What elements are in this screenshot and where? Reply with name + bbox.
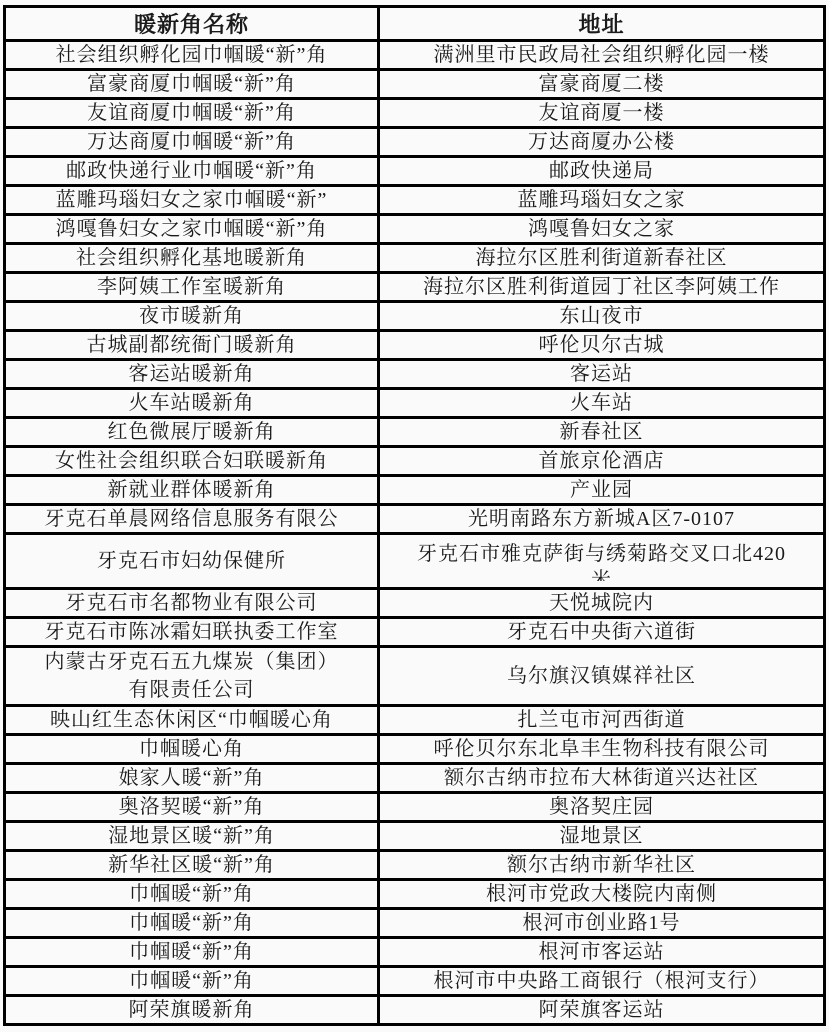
name-cell: 映山红生态休闲区“巾帼暖心角 xyxy=(5,706,379,735)
name-cell: 巾帼暖心角 xyxy=(5,735,379,764)
name-cell: 社会组织孵化基地暖新角 xyxy=(5,244,379,273)
name-cell: 邮政快递行业巾帼暖“新”角 xyxy=(5,157,379,186)
address-cell: 湿地景区 xyxy=(379,822,825,851)
name-cell: 李阿姨工作室暖新角 xyxy=(5,273,379,302)
table-row: 内蒙古牙克石五九煤炭（集团） 有限责任公司乌尔旗汉镇媒祥社区 xyxy=(5,647,825,706)
address-cell: 阿荣旗客运站 xyxy=(379,996,825,1025)
address-cell: 额尔古纳市拉布大林街道兴达社区 xyxy=(379,764,825,793)
address-cell: 海拉尔区胜利街道园丁社区李阿姨工作 xyxy=(379,273,825,302)
name-cell: 湿地景区暖“新”角 xyxy=(5,822,379,851)
name-cell: 火车站暖新角 xyxy=(5,389,379,418)
name-cell: 巾帼暖“新”角 xyxy=(5,938,379,967)
name-cell: 牙克石市妇幼保健所 xyxy=(5,534,379,589)
address-cell: 邮政快递局 xyxy=(379,157,825,186)
table-row: 巾帼暖心角呼伦贝尔东北阜丰生物科技有限公司 xyxy=(5,735,825,764)
name-cell: 富豪商厦巾帼暖“新”角 xyxy=(5,70,379,99)
name-cell: 牙克石市陈冰霜妇联执委工作室 xyxy=(5,618,379,647)
table-row: 蓝雕玛瑙妇女之家巾帼暖“新”蓝雕玛瑙妇女之家 xyxy=(5,186,825,215)
table-row: 邮政快递行业巾帼暖“新”角邮政快递局 xyxy=(5,157,825,186)
table-row: 新华社区暖“新”角额尔古纳市新华社区 xyxy=(5,851,825,880)
address-cell: 根河市党政大楼院内南侧 xyxy=(379,880,825,909)
table-row: 社会组织孵化基地暖新角海拉尔区胜利街道新春社区 xyxy=(5,244,825,273)
table-row: 红色微展厅暖新角新春社区 xyxy=(5,418,825,447)
table-row: 夜市暖新角东山夜市 xyxy=(5,302,825,331)
address-cell: 牙克石中央街六道街 xyxy=(379,618,825,647)
name-cell: 客运站暖新角 xyxy=(5,360,379,389)
table-row: 映山红生态休闲区“巾帼暖心角扎兰屯市河西街道 xyxy=(5,706,825,735)
address-cell: 呼伦贝尔古城 xyxy=(379,331,825,360)
table-row: 社会组织孵化园巾帼暖“新”角满洲里市民政局社会组织孵化园一楼 xyxy=(5,41,825,70)
name-cell: 红色微展厅暖新角 xyxy=(5,418,379,447)
address-cell: 富豪商厦二楼 xyxy=(379,70,825,99)
name-cell: 内蒙古牙克石五九煤炭（集团） 有限责任公司 xyxy=(5,647,379,706)
name-cell: 新华社区暖“新”角 xyxy=(5,851,379,880)
address-cell: 根河市中央路工商银行（根河支行） xyxy=(379,967,825,996)
table-row: 富豪商厦巾帼暖“新”角富豪商厦二楼 xyxy=(5,70,825,99)
address-cell: 蓝雕玛瑙妇女之家 xyxy=(379,186,825,215)
table-row: 万达商厦巾帼暖“新”角万达商厦办公楼 xyxy=(5,128,825,157)
address-cell: 友谊商厦一楼 xyxy=(379,99,825,128)
header-name-column: 暖新角名称 xyxy=(5,7,379,41)
table-row: 新就业群体暖新角产业园 xyxy=(5,476,825,505)
name-cell: 社会组织孵化园巾帼暖“新”角 xyxy=(5,41,379,70)
name-cell: 牙克石市名都物业有限公司 xyxy=(5,589,379,618)
name-cell: 奥洛契暖“新”角 xyxy=(5,793,379,822)
name-cell: 巾帼暖“新”角 xyxy=(5,880,379,909)
table-row: 奥洛契暖“新”角奥洛契庄园 xyxy=(5,793,825,822)
name-cell: 夜市暖新角 xyxy=(5,302,379,331)
name-cell: 女性社会组织联合妇联暖新角 xyxy=(5,447,379,476)
address-cell: 万达商厦办公楼 xyxy=(379,128,825,157)
name-cell: 巾帼暖“新”角 xyxy=(5,909,379,938)
address-cell: 乌尔旗汉镇媒祥社区 xyxy=(379,647,825,706)
address-cell: 产业园 xyxy=(379,476,825,505)
name-cell: 牙克石单晨网络信息服务有限公 xyxy=(5,505,379,534)
header-row: 暖新角名称 地址 xyxy=(5,7,825,41)
table-row: 牙克石市名都物业有限公司天悦城院内 xyxy=(5,589,825,618)
name-cell: 鸿嘎鲁妇女之家巾帼暖“新”角 xyxy=(5,215,379,244)
header-address-column: 地址 xyxy=(379,7,825,41)
name-cell: 阿荣旗暖新角 xyxy=(5,996,379,1025)
table-row: 巾帼暖“新”角根河市党政大楼院内南侧 xyxy=(5,880,825,909)
table-row: 牙克石单晨网络信息服务有限公光明南路东方新城A区7-0107 xyxy=(5,505,825,534)
table-row: 阿荣旗暖新角阿荣旗客运站 xyxy=(5,996,825,1025)
table-row: 巾帼暖“新”角根河市客运站 xyxy=(5,938,825,967)
address-cell: 鸿嘎鲁妇女之家 xyxy=(379,215,825,244)
address-cell: 扎兰屯市河西街道 xyxy=(379,706,825,735)
table-row: 火车站暖新角火车站 xyxy=(5,389,825,418)
name-cell: 新就业群体暖新角 xyxy=(5,476,379,505)
table-row: 李阿姨工作室暖新角海拉尔区胜利街道园丁社区李阿姨工作 xyxy=(5,273,825,302)
name-cell: 友谊商厦巾帼暖“新”角 xyxy=(5,99,379,128)
name-cell: 古城副都统衙门暖新角 xyxy=(5,331,379,360)
table-header: 暖新角名称 地址 xyxy=(5,7,825,41)
address-cell: 满洲里市民政局社会组织孵化园一楼 xyxy=(379,41,825,70)
address-cell: 天悦城院内 xyxy=(379,589,825,618)
table-row: 女性社会组织联合妇联暖新角首旅京伦酒店 xyxy=(5,447,825,476)
table-row: 巾帼暖“新”角根河市中央路工商银行（根河支行） xyxy=(5,967,825,996)
warm-corner-table: 暖新角名称 地址 社会组织孵化园巾帼暖“新”角满洲里市民政局社会组织孵化园一楼富… xyxy=(3,5,826,1026)
address-cell: 光明南路东方新城A区7-0107 xyxy=(379,505,825,534)
name-cell: 万达商厦巾帼暖“新”角 xyxy=(5,128,379,157)
address-text-clipped: 牙克石市雅克萨街与绣菊路交叉口北420 米 xyxy=(382,541,821,581)
address-cell: 呼伦贝尔东北阜丰生物科技有限公司 xyxy=(379,735,825,764)
table-row: 娘家人暖“新”角额尔古纳市拉布大林街道兴达社区 xyxy=(5,764,825,793)
page: 暖新角名称 地址 社会组织孵化园巾帼暖“新”角满洲里市民政局社会组织孵化园一楼富… xyxy=(0,0,829,1032)
table-body: 社会组织孵化园巾帼暖“新”角满洲里市民政局社会组织孵化园一楼富豪商厦巾帼暖“新”… xyxy=(5,41,825,1025)
table-row: 客运站暖新角客运站 xyxy=(5,360,825,389)
name-cell: 巾帼暖“新”角 xyxy=(5,967,379,996)
table-row: 牙克石市妇幼保健所牙克石市雅克萨街与绣菊路交叉口北420 米 xyxy=(5,534,825,589)
address-cell: 新春社区 xyxy=(379,418,825,447)
address-cell: 根河市客运站 xyxy=(379,938,825,967)
address-cell: 牙克石市雅克萨街与绣菊路交叉口北420 米 xyxy=(379,534,825,589)
address-cell: 首旅京伦酒店 xyxy=(379,447,825,476)
address-cell: 客运站 xyxy=(379,360,825,389)
address-cell: 海拉尔区胜利街道新春社区 xyxy=(379,244,825,273)
table-row: 鸿嘎鲁妇女之家巾帼暖“新”角鸿嘎鲁妇女之家 xyxy=(5,215,825,244)
table-row: 湿地景区暖“新”角湿地景区 xyxy=(5,822,825,851)
table-row: 古城副都统衙门暖新角呼伦贝尔古城 xyxy=(5,331,825,360)
address-cell: 额尔古纳市新华社区 xyxy=(379,851,825,880)
name-cell: 蓝雕玛瑙妇女之家巾帼暖“新” xyxy=(5,186,379,215)
name-cell: 娘家人暖“新”角 xyxy=(5,764,379,793)
address-cell: 东山夜市 xyxy=(379,302,825,331)
address-cell: 根河市创业路1号 xyxy=(379,909,825,938)
address-cell: 奥洛契庄园 xyxy=(379,793,825,822)
table-row: 巾帼暖“新”角根河市创业路1号 xyxy=(5,909,825,938)
address-cell: 火车站 xyxy=(379,389,825,418)
table-row: 牙克石市陈冰霜妇联执委工作室牙克石中央街六道街 xyxy=(5,618,825,647)
table-row: 友谊商厦巾帼暖“新”角友谊商厦一楼 xyxy=(5,99,825,128)
